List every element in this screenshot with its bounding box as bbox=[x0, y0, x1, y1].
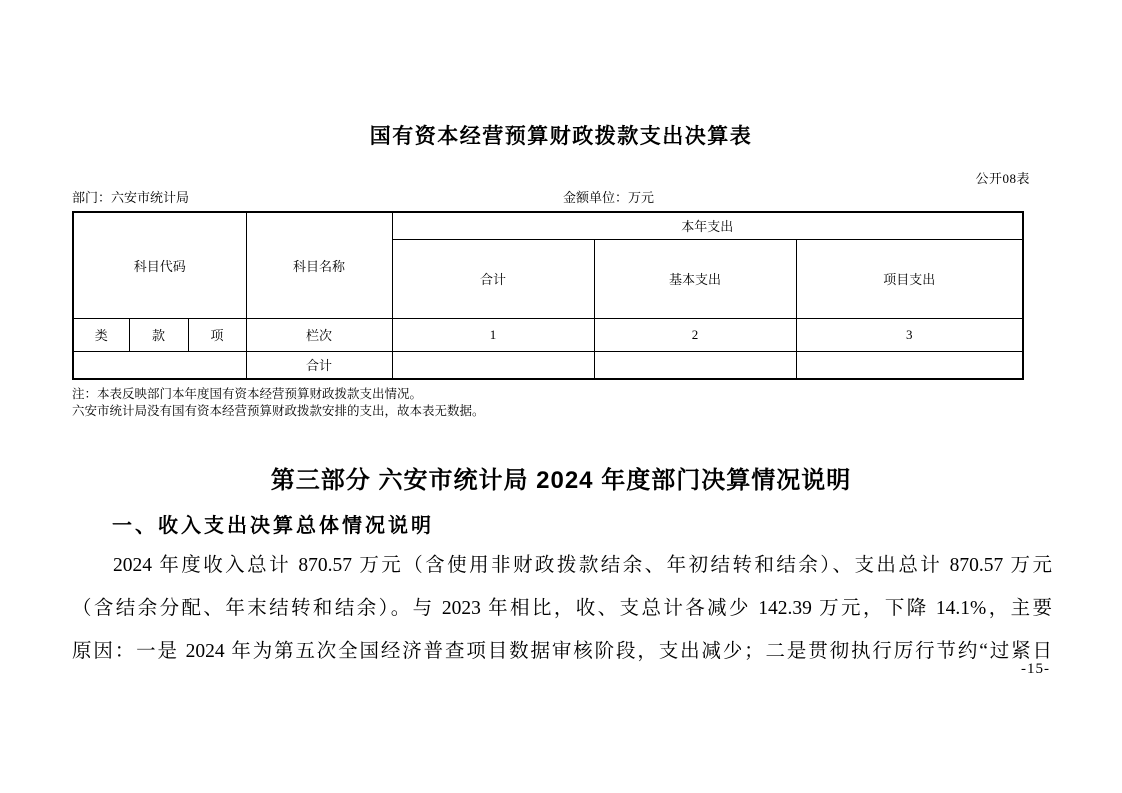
header-cell-subject-name: 科目名称 bbox=[246, 212, 392, 318]
table-note-1: 注：本表反映部门本年度国有资本经营预算财政拨款支出情况。 bbox=[72, 386, 485, 403]
body-paragraph: 2024 年度收入总计 870.57 万元（含使用非财政拨款结余、年初结转和结余… bbox=[72, 544, 1052, 673]
header-cell-project-expenditure: 项目支出 bbox=[796, 239, 1023, 318]
header-cell-column-index-label: 栏次 bbox=[246, 318, 392, 351]
page-number: -15- bbox=[1021, 661, 1050, 678]
form-code-label: 公开08表 bbox=[975, 168, 1030, 187]
document-title: 国有资本经营预算财政拨款支出决算表 bbox=[0, 124, 1122, 150]
header-cell-current-year-expenditure: 本年支出 bbox=[392, 212, 1023, 239]
document-page: 国有资本经营预算财政拨款支出决算表 公开08表 部门：六安市统计局 金额单位：万… bbox=[0, 0, 1122, 793]
header-cell-section: 款 bbox=[129, 318, 188, 351]
header-cell-class: 类 bbox=[73, 318, 129, 351]
expenditure-table: 科目代码 科目名称 本年支出 合计 基本支出 项目支出 类 款 项 栏次 1 2… bbox=[72, 211, 1024, 380]
header-cell-item: 项 bbox=[188, 318, 246, 351]
header-cell-column-2: 2 bbox=[594, 318, 796, 351]
paragraph-line: 2024 年度收入总计 870.57 万元（含使用非财政拨款结余、年初结转和结余… bbox=[72, 544, 1052, 587]
cell-row-project-value bbox=[796, 351, 1023, 379]
header-cell-subject-code: 科目代码 bbox=[73, 212, 246, 318]
cell-row-total-label: 合计 bbox=[246, 351, 392, 379]
table-note-2: 六安市统计局没有国有资本经营预算财政拨款安排的支出，故本表无数据。 bbox=[72, 403, 485, 420]
cell-code-empty bbox=[73, 351, 246, 379]
cell-row-basic-value bbox=[594, 351, 796, 379]
header-cell-column-1: 1 bbox=[392, 318, 594, 351]
subsection-heading: 一、收入支出决算总体情况说明 bbox=[112, 513, 434, 540]
table-notes: 注：本表反映部门本年度国有资本经营预算财政拨款支出情况。 六安市统计局没有国有资… bbox=[72, 386, 485, 419]
paragraph-line: 原因：一是 2024 年为第五次全国经济普查项目数据审核阶段，支出减少；二是贯彻… bbox=[72, 630, 1052, 673]
header-cell-basic-expenditure: 基本支出 bbox=[594, 239, 796, 318]
amount-unit-label: 金额单位：万元 bbox=[563, 187, 654, 206]
department-label: 部门：六安市统计局 bbox=[72, 187, 189, 206]
paragraph-line: （含结余分配、年末结转和结余）。与 2023 年相比，收、支总计各减少 142.… bbox=[72, 587, 1052, 630]
cell-row-total-value bbox=[392, 351, 594, 379]
header-cell-column-3: 3 bbox=[796, 318, 1023, 351]
section-heading: 第三部分 六安市统计局 2024 年度部门决算情况说明 bbox=[0, 461, 1122, 501]
header-cell-total: 合计 bbox=[392, 239, 594, 318]
